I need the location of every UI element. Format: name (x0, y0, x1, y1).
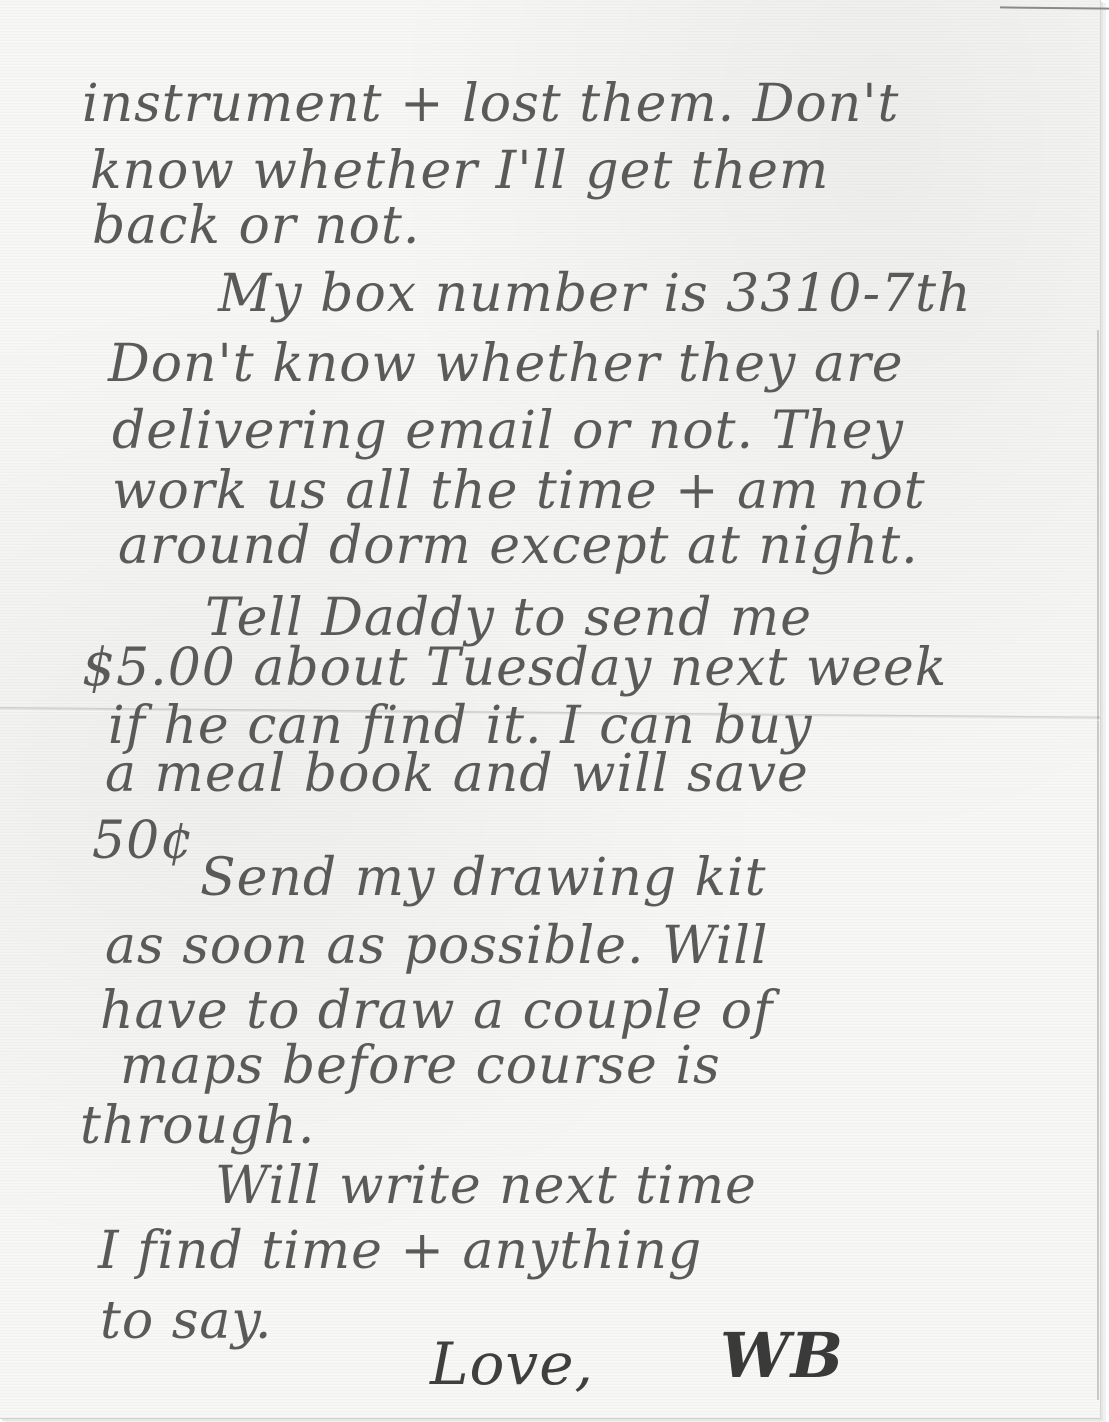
letter-line: a meal book and will save (105, 748, 809, 800)
letter-line: I find time + anything (98, 1225, 702, 1277)
letter-line: through. (80, 1100, 315, 1152)
letter-line: instrument + lost them. Don't (82, 78, 899, 130)
letter-line: back or not. (92, 200, 420, 252)
letter-line: My box number is 3310-7th (218, 268, 972, 320)
signature: WB (720, 1325, 844, 1387)
letter-line: Will write next time (215, 1160, 757, 1212)
letter-line: around dorm except at night. (118, 520, 919, 572)
letter-line: delivering email or not. They (112, 405, 904, 457)
letter-line: work us all the time + am not (112, 465, 926, 517)
letter-line: know whether I'll get them (90, 145, 829, 197)
page-edge-right (1097, 330, 1099, 1400)
letter-line: $5.00 about Tuesday next week (82, 642, 947, 694)
letter-line: Tell Daddy to send me (205, 592, 812, 644)
letter-line: Send my drawing kit (200, 852, 767, 904)
closing-salutation: Love, (430, 1335, 594, 1393)
letter-line: 50¢ (92, 815, 194, 867)
letter-line: to say. (100, 1295, 272, 1347)
letter-line: as soon as possible. Will (105, 920, 769, 972)
letter-line: have to draw a couple of (100, 985, 773, 1037)
letter-line: Don't know whether they are (108, 338, 904, 390)
letter-line: maps before course is (120, 1040, 721, 1092)
